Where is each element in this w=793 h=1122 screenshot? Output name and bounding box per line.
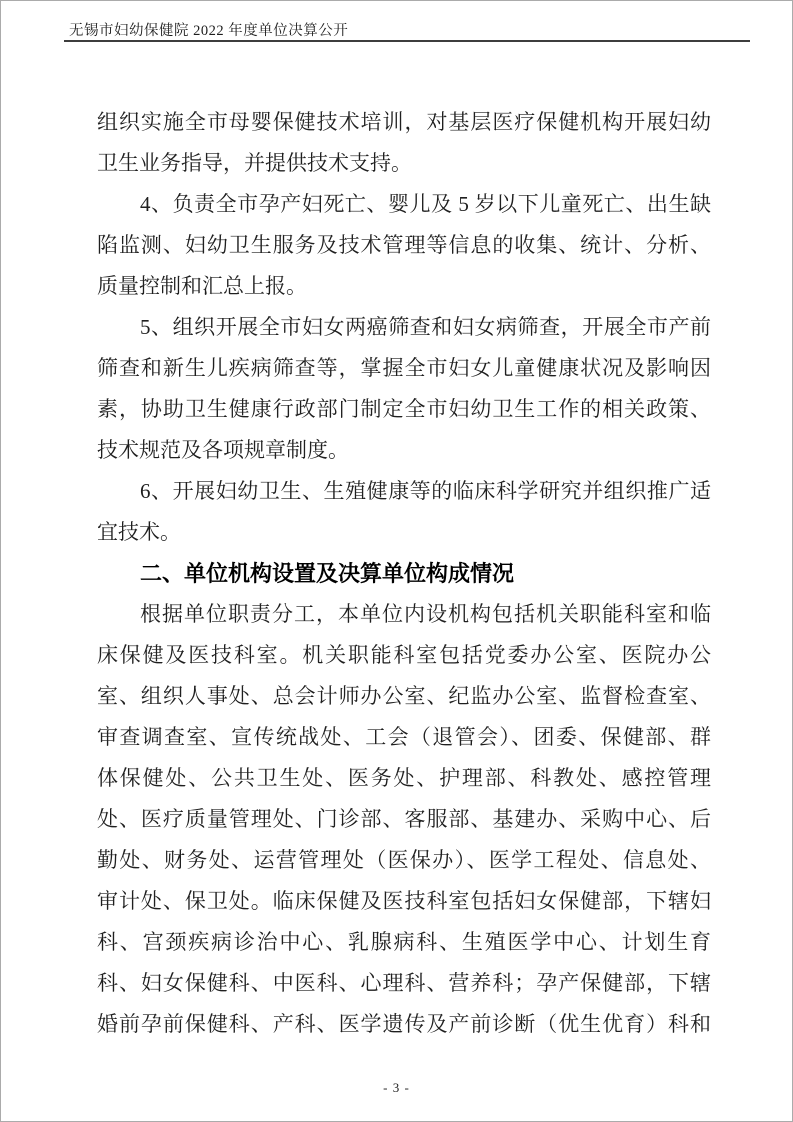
body-line: 质量控制和汇总上报。 [97,266,711,307]
body-line: 室、组织人事处、总会计师办公室、纪监办公室、监督检查室、 [97,676,711,717]
document-body: 组织实施全市母婴保健技术培训，对基层医疗保健机构开展妇幼 卫生业务指导，并提供技… [97,102,711,1045]
body-line: 审计处、保卫处。临床保健及医技科室包括妇女保健部，下辖妇 [97,881,711,922]
body-line: 审查调查室、宣传统战处、工会（退管会）、团委、保健部、群 [97,717,711,758]
body-line: 科、妇女保健科、中医科、心理科、营养科；孕产保健部，下辖 [97,963,711,1004]
body-line: 科、宫颈疾病诊治中心、乳腺病科、生殖医学中心、计划生育 [97,922,711,963]
body-line: 筛查和新生儿疾病筛查等，掌握全市妇女儿童健康状况及影响因 [97,348,711,389]
body-line: 组织实施全市母婴保健技术培训，对基层医疗保健机构开展妇幼 [97,102,711,143]
body-line: 勤处、财务处、运营管理处（医保办）、医学工程处、信息处、 [97,840,711,881]
body-line: 宜技术。 [97,512,711,553]
section-heading: 二、单位机构设置及决算单位构成情况 [97,553,711,594]
body-line: 6、开展妇幼卫生、生殖健康等的临床科学研究并组织推广适 [97,471,711,512]
body-line: 技术规范及各项规章制度。 [97,430,711,471]
body-line: 体保健处、公共卫生处、医务处、护理部、科教处、感控管理 [97,758,711,799]
page-header: 无锡市妇幼保健院 2022 年度单位决算公开 [64,19,750,40]
body-line: 床保健及医技科室。机关职能科室包括党委办公室、医院办公 [97,635,711,676]
body-line: 卫生业务指导，并提供技术支持。 [97,143,711,184]
page-number: - 3 - [383,1080,410,1095]
body-line: 处、医疗质量管理处、门诊部、客服部、基建办、采购中心、后 [97,799,711,840]
body-line: 根据单位职责分工，本单位内设机构包括机关职能科室和临 [97,594,711,635]
body-line: 素，协助卫生健康行政部门制定全市妇幼卫生工作的相关政策、 [97,389,711,430]
body-line: 婚前孕前保健科、产科、医学遗传及产前诊断（优生优育）科和 [97,1004,711,1045]
document-page: 无锡市妇幼保健院 2022 年度单位决算公开 组织实施全市母婴保健技术培训，对基… [0,0,793,1122]
header-rule-divider [64,40,750,42]
header-title: 无锡市妇幼保健院 2022 年度单位决算公开 [64,19,750,40]
page-footer: - 3 - [1,1079,792,1097]
body-line: 5、组织开展全市妇女两癌筛查和妇女病筛查，开展全市产前 [97,307,711,348]
body-line: 陷监测、妇幼卫生服务及技术管理等信息的收集、统计、分析、 [97,225,711,266]
body-line: 4、负责全市孕产妇死亡、婴儿及 5 岁以下儿童死亡、出生缺 [97,184,711,225]
